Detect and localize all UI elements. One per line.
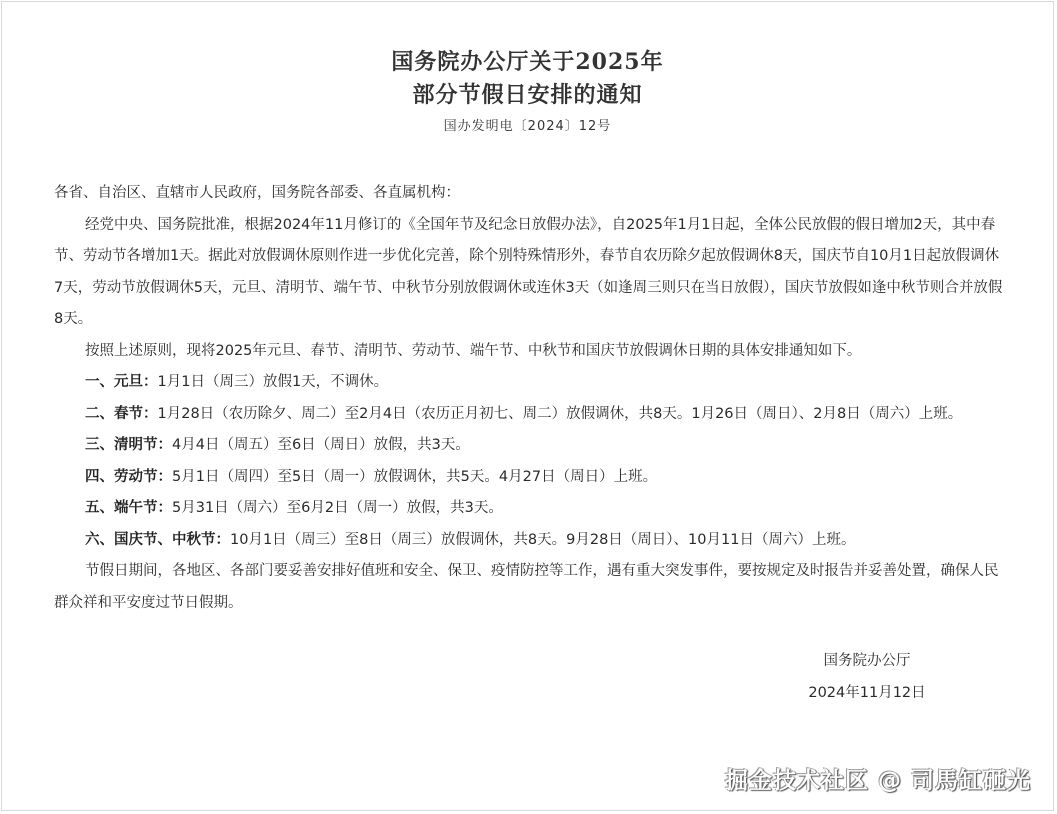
holiday-detail: 4月4日（周五）至6日（周日）放假，共3天。: [172, 437, 470, 453]
holiday-item-labor-day: 四、劳动节：5月1日（周四）至5日（周一）放假调休，共5天。4月27日（周日）上…: [54, 462, 1004, 494]
salutation: 各省、自治区、直辖市人民政府，国务院各部委、各直属机构：: [54, 178, 1004, 210]
document-number: 国办发明电〔2024〕12号: [2, 115, 1053, 134]
holiday-detail: 1月28日（农历除夕、周二）至2月4日（农历正月初七、周二）放假调休，共8天。1…: [158, 406, 963, 422]
document-page: 国务院办公厅关于2025年 部分节假日安排的通知 国办发明电〔2024〕12号 …: [1, 1, 1054, 811]
holiday-label: 六、国庆节、中秋节：: [85, 532, 230, 548]
holiday-label: 三、清明节：: [85, 437, 172, 453]
intro-paragraph: 经党中央、国务院批准，根据2024年11月修订的《全国年节及纪念日放假办法》，自…: [54, 210, 1004, 336]
document-body: 各省、自治区、直辖市人民政府，国务院各部委、各直属机构： 经党中央、国务院批准，…: [54, 178, 1004, 619]
holiday-item-spring-festival: 二、春节：1月28日（农历除夕、周二）至2月4日（农历正月初七、周二）放假调休，…: [54, 399, 1004, 431]
holiday-item-dragon-boat: 五、端午节：5月31日（周六）至6月2日（周一）放假，共3天。: [54, 493, 1004, 525]
holiday-item-national-mid-autumn: 六、国庆节、中秋节：10月1日（周三）至8日（周三）放假调休，共8天。9月28日…: [54, 525, 1004, 557]
holiday-label: 二、春节：: [85, 406, 158, 422]
holiday-label: 五、端午节：: [85, 500, 172, 516]
holiday-label: 一、元旦：: [85, 374, 158, 390]
document-title-line2: 部分节假日安排的通知: [2, 78, 1053, 109]
signature-date: 2024年11月12日: [792, 681, 942, 702]
holiday-item-qingming: 三、清明节：4月4日（周五）至6日（周日）放假，共3天。: [54, 430, 1004, 462]
closing-paragraph: 节假日期间，各地区、各部门要妥善安排好值班和安全、保卫、疫情防控等工作，遇有重大…: [54, 556, 1004, 619]
holiday-label: 四、劳动节：: [85, 469, 172, 485]
document-title-line1: 国务院办公厅关于2025年: [2, 45, 1053, 76]
holiday-detail: 5月31日（周六）至6月2日（周一）放假，共3天。: [172, 500, 503, 516]
watermark: 掘金技术社区 @ 司馬缸砸光: [725, 762, 1031, 795]
holiday-item-new-year: 一、元旦：1月1日（周三）放假1天，不调休。: [54, 367, 1004, 399]
notice-paragraph: 按照上述原则，现将2025年元旦、春节、清明节、劳动节、端午节、中秋节和国庆节放…: [54, 336, 1004, 368]
signature-org: 国务院办公厅: [792, 649, 942, 670]
holiday-detail: 1月1日（周三）放假1天，不调休。: [158, 374, 389, 390]
holiday-detail: 10月1日（周三）至8日（周三）放假调休，共8天。9月28日（周日）、10月11…: [230, 532, 855, 548]
holiday-detail: 5月1日（周四）至5日（周一）放假调休，共5天。4月27日（周日）上班。: [172, 469, 657, 485]
